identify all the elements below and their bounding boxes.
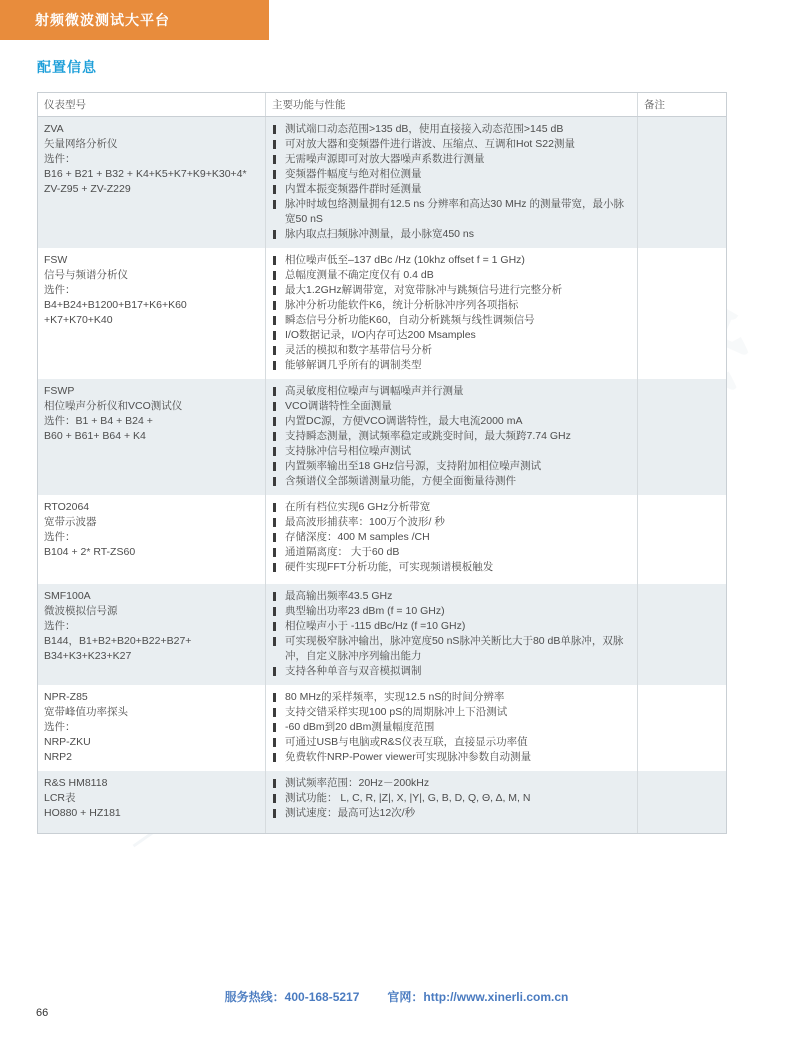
bullet-icon	[273, 185, 276, 194]
feature-item: VCO调谐特性全面测量	[272, 399, 631, 414]
feature-item: 存储深度：400 M samples /CH	[272, 530, 631, 545]
feature-text: 总幅度测量不确定度仅有 0.4 dB	[285, 269, 434, 281]
bullet-icon	[273, 563, 276, 572]
config-table: 仪表型号 主要功能与性能 备注 ZVA矢量网络分析仪选件：B16 + B21 +…	[37, 92, 727, 834]
feature-item: 内置DC源，方便VCO调谐特性，最大电流2000 mA	[272, 414, 631, 429]
feature-text: 存储深度：400 M samples /CH	[285, 531, 430, 543]
feature-text: 支持各种单音与双音模拟调制	[285, 665, 422, 677]
model-cell: NPR-Z85宽带峰值功率探头选件：NRP-ZKUNRP2	[38, 685, 266, 771]
model-line: 信号与频谱分析仪	[44, 268, 259, 283]
table-row: R&S HM8118LCR表HO880 + HZ181测试频率范围：20Hz－2…	[38, 771, 726, 833]
feature-text: 内置DC源，方便VCO调谐特性，最大电流2000 mA	[285, 415, 522, 427]
feature-item: 内置本振变频器件群时延测量	[272, 182, 631, 197]
page-banner: 射频微波测试大平台	[0, 0, 269, 40]
page-footer: 服务热线：400-168-5217官网：http://www.xinerli.c…	[0, 988, 793, 1005]
feature-text: 支持瞬态测量，测试频率稳定或跳变时间，最大频跨7.74 GHz	[285, 430, 571, 442]
table-row: SMF100A微波模拟信号源选件：B144，B1+B2+B20+B22+B27+…	[38, 584, 726, 685]
hotline-label: 服务热线：	[225, 990, 285, 1004]
model-line: 选件：	[44, 152, 259, 167]
bullet-icon	[273, 140, 276, 149]
remark-cell	[638, 685, 726, 771]
table-row: ZVA矢量网络分析仪选件：B16 + B21 + B32 + K4+K5+K7+…	[38, 117, 726, 248]
feature-item: 最高波形捕获率：100万个波形/ 秒	[272, 515, 631, 530]
bullet-icon	[273, 331, 276, 340]
feature-item: 灵活的模拟和数字基带信号分析	[272, 343, 631, 358]
bullet-icon	[273, 592, 276, 601]
feature-item: 含频谱仪全部频谱测量功能，方便全面衡量待测件	[272, 474, 631, 489]
model-cell: FSW信号与频谱分析仪选件：B4+B24+B1200+B17+K6+K60+K7…	[38, 248, 266, 379]
feature-item: 能够解调几乎所有的调制类型	[272, 358, 631, 373]
feature-text: 瞬态信号分析功能K60，自动分析跳频与线性调频信号	[285, 314, 535, 326]
feature-item: 相位噪声低至–137 dBc /Hz (10khz offset f = 1 G…	[272, 253, 631, 268]
table-row: NPR-Z85宽带峰值功率探头选件：NRP-ZKUNRP280 MHz的采样频率…	[38, 685, 726, 771]
model-line: ZVA	[44, 122, 259, 137]
model-line: FSWP	[44, 384, 259, 399]
feature-text: 支持交错采样实现100 pS的周期脉冲上下沿测试	[285, 706, 507, 718]
feature-item: 支持脉冲信号相位噪声测试	[272, 444, 631, 459]
model-line: 宽带示波器	[44, 515, 259, 530]
features-cell: 最高输出频率43.5 GHz典型输出功率23 dBm (f = 10 GHz)相…	[266, 584, 638, 685]
model-line: NPR-Z85	[44, 690, 259, 705]
banner-title: 射频微波测试大平台	[0, 10, 170, 30]
bullet-icon	[273, 286, 276, 295]
bullet-icon	[273, 503, 276, 512]
model-line: +K7+K70+K40	[44, 313, 259, 328]
feature-text: 可对放大器和变频器件进行谐波、压缩点、互调和Hot S22测量	[285, 138, 575, 150]
feature-item: 测试频率范围：20Hz－200kHz	[272, 776, 631, 791]
feature-item: 可实现极窄脉冲输出，脉冲宽度50 nS脉冲关断比大于80 dB单脉冲，双脉冲，自…	[272, 634, 631, 664]
bullet-icon	[273, 708, 276, 717]
feature-text: VCO调谐特性全面测量	[285, 400, 392, 412]
model-line: B144，B1+B2+B20+B22+B27+	[44, 634, 259, 649]
model-line: B16 + B21 + B32 + K4+K5+K7+K9+K30+4* ZV-…	[44, 167, 259, 197]
bullet-icon	[273, 346, 276, 355]
feature-text: 能够解调几乎所有的调制类型	[285, 359, 422, 371]
bullet-icon	[273, 462, 276, 471]
feature-text: 在所有档位实现6 GHz分析带宽	[285, 501, 430, 513]
feature-text: 内置本振变频器件群时延测量	[285, 183, 422, 195]
features-cell: 测试端口动态范围>135 dB，使用直接接入动态范围>145 dB可对放大器和变…	[266, 117, 638, 248]
feature-text: 最高输出频率43.5 GHz	[285, 590, 392, 602]
website-label: 官网：	[387, 990, 423, 1004]
bullet-icon	[273, 155, 276, 164]
bullet-icon	[273, 387, 276, 396]
model-line: HO880 + HZ181	[44, 806, 259, 821]
feature-item: 支持各种单音与双音模拟调制	[272, 664, 631, 679]
model-line: NRP-ZKU	[44, 735, 259, 750]
model-cell: FSWP相位噪声分析仪和VCO测试仪选件：B1 + B4 + B24 +B60 …	[38, 379, 266, 495]
bullet-icon	[273, 779, 276, 788]
model-line: 微波模拟信号源	[44, 604, 259, 619]
feature-text: 含频谱仪全部频谱测量功能，方便全面衡量待测件	[285, 475, 516, 487]
bullet-icon	[273, 200, 276, 209]
bullet-icon	[273, 667, 276, 676]
feature-item: 支持瞬态测量，测试频率稳定或跳变时间，最大频跨7.74 GHz	[272, 429, 631, 444]
feature-text: 可通过USB与电脑或R&S仪表互联，直接显示功率值	[285, 736, 528, 748]
feature-item: 变频器件幅度与绝对相位测量	[272, 167, 631, 182]
feature-item: 典型输出功率23 dBm (f = 10 GHz)	[272, 604, 631, 619]
model-line: R&S HM8118	[44, 776, 259, 791]
model-cell: ZVA矢量网络分析仪选件：B16 + B21 + B32 + K4+K5+K7+…	[38, 117, 266, 248]
model-line: 选件：B1 + B4 + B24 +	[44, 414, 259, 429]
feature-text: 可实现极窄脉冲输出，脉冲宽度50 nS脉冲关断比大于80 dB单脉冲，双脉冲，自…	[285, 635, 623, 662]
bullet-icon	[273, 533, 276, 542]
model-line: RTO2064	[44, 500, 259, 515]
bullet-icon	[273, 230, 276, 239]
model-line: 选件：	[44, 619, 259, 634]
section-title: 配置信息	[37, 57, 97, 77]
feature-item: 无需噪声源即可对放大器噪声系数进行测量	[272, 152, 631, 167]
bullet-icon	[273, 794, 276, 803]
feature-item: I/O数据记录，I/O内存可达200 Msamples	[272, 328, 631, 343]
feature-item: 80 MHz的采样频率，实现12.5 nS的时间分辨率	[272, 690, 631, 705]
bullet-icon	[273, 693, 276, 702]
table-header-row: 仪表型号 主要功能与性能 备注	[38, 93, 726, 117]
bullet-icon	[273, 125, 276, 134]
table-body: ZVA矢量网络分析仪选件：B16 + B21 + B32 + K4+K5+K7+…	[38, 117, 726, 833]
feature-text: -60 dBm到20 dBm测量幅度范围	[285, 721, 434, 733]
features-cell: 测试频率范围：20Hz－200kHz测试功能： L, C, R, |Z|, X,…	[266, 771, 638, 833]
features-cell: 80 MHz的采样频率，实现12.5 nS的时间分辨率支持交错采样实现100 p…	[266, 685, 638, 771]
feature-item: 通道隔离度： 大于60 dB	[272, 545, 631, 560]
feature-text: 脉内取点扫频脉冲测量，最小脉宽450 ns	[285, 228, 474, 240]
bullet-icon	[273, 361, 276, 370]
bullet-icon	[273, 723, 276, 732]
model-line: 相位噪声分析仪和VCO测试仪	[44, 399, 259, 414]
website-link[interactable]: http://www.xinerli.com.cn	[423, 990, 568, 1004]
remark-cell	[638, 495, 726, 584]
feature-text: 测试端口动态范围>135 dB，使用直接接入动态范围>145 dB	[285, 123, 563, 135]
bullet-icon	[273, 809, 276, 818]
page-number: 66	[36, 1007, 48, 1019]
bullet-icon	[273, 316, 276, 325]
model-line: B34+K3+K23+K27	[44, 649, 259, 664]
feature-text: 最大1.2GHz解调带宽，对宽带脉冲与跳频信号进行完整分析	[285, 284, 562, 296]
feature-text: 相位噪声低至–137 dBc /Hz (10khz offset f = 1 G…	[285, 254, 525, 266]
feature-text: 支持脉冲信号相位噪声测试	[285, 445, 411, 457]
bullet-icon	[273, 637, 276, 646]
feature-item: 测试端口动态范围>135 dB，使用直接接入动态范围>145 dB	[272, 122, 631, 137]
bullet-icon	[273, 753, 276, 762]
model-line: B4+B24+B1200+B17+K6+K60	[44, 298, 259, 313]
model-line: B104 + 2* RT-ZS60	[44, 545, 259, 560]
model-line: 选件：	[44, 720, 259, 735]
bullet-icon	[273, 518, 276, 527]
feature-item: 支持交错采样实现100 pS的周期脉冲上下沿测试	[272, 705, 631, 720]
feature-item: 脉冲时域包络测量拥有12.5 ns 分辨率和高达30 MHz 的测量带宽，最小脉…	[272, 197, 631, 227]
remark-cell	[638, 117, 726, 248]
feature-text: 无需噪声源即可对放大器噪声系数进行测量	[285, 153, 485, 165]
feature-text: 通道隔离度： 大于60 dB	[285, 546, 399, 558]
features-cell: 相位噪声低至–137 dBc /Hz (10khz offset f = 1 G…	[266, 248, 638, 379]
column-header-model: 仪表型号	[38, 93, 266, 116]
feature-text: 相位噪声小于 -115 dBc/Hz (f =10 GHz)	[285, 620, 465, 632]
feature-item: 高灵敏度相位噪声与调幅噪声并行测量	[272, 384, 631, 399]
feature-item: 总幅度测量不确定度仅有 0.4 dB	[272, 268, 631, 283]
bullet-icon	[273, 271, 276, 280]
column-header-remark: 备注	[638, 93, 726, 116]
bullet-icon	[273, 417, 276, 426]
feature-text: 最高波形捕获率：100万个波形/ 秒	[285, 516, 445, 528]
feature-text: 测试频率范围：20Hz－200kHz	[285, 777, 429, 789]
column-header-features: 主要功能与性能	[266, 93, 638, 116]
feature-item: 最大1.2GHz解调带宽，对宽带脉冲与跳频信号进行完整分析	[272, 283, 631, 298]
feature-item: 可对放大器和变频器件进行谐波、压缩点、互调和Hot S22测量	[272, 137, 631, 152]
feature-item: 免费软件NRP-Power viewer可实现脉冲参数自动测量	[272, 750, 631, 765]
feature-item: 测试速度：最高可达12次/秒	[272, 806, 631, 821]
features-cell: 高灵敏度相位噪声与调幅噪声并行测量VCO调谐特性全面测量内置DC源，方便VCO调…	[266, 379, 638, 495]
model-line: FSW	[44, 253, 259, 268]
feature-item: 硬件实现FFT分析功能，可实现频谱模板触发	[272, 560, 631, 575]
feature-item: 可通过USB与电脑或R&S仪表互联，直接显示功率值	[272, 735, 631, 750]
feature-text: 测试功能： L, C, R, |Z|, X, |Y|, G, B, D, Q, …	[285, 792, 530, 804]
bullet-icon	[273, 402, 276, 411]
feature-text: 免费软件NRP-Power viewer可实现脉冲参数自动测量	[285, 751, 531, 763]
feature-item: 相位噪声小于 -115 dBc/Hz (f =10 GHz)	[272, 619, 631, 634]
features-cell: 在所有档位实现6 GHz分析带宽最高波形捕获率：100万个波形/ 秒存储深度：4…	[266, 495, 638, 584]
feature-item: 在所有档位实现6 GHz分析带宽	[272, 500, 631, 515]
feature-text: 硬件实现FFT分析功能，可实现频谱模板触发	[285, 561, 493, 573]
feature-text: 内置频率输出至18 GHz信号源，支持附加相位噪声测试	[285, 460, 541, 472]
remark-cell	[638, 771, 726, 833]
model-cell: R&S HM8118LCR表HO880 + HZ181	[38, 771, 266, 833]
bullet-icon	[273, 622, 276, 631]
model-line: 矢量网络分析仪	[44, 137, 259, 152]
model-line: 选件：	[44, 283, 259, 298]
feature-text: 测试速度：最高可达12次/秒	[285, 807, 415, 819]
model-line: 选件：	[44, 530, 259, 545]
bullet-icon	[273, 256, 276, 265]
bullet-icon	[273, 170, 276, 179]
bullet-icon	[273, 607, 276, 616]
table-row: RTO2064宽带示波器选件：B104 + 2* RT-ZS60在所有档位实现6…	[38, 495, 726, 584]
feature-text: I/O数据记录，I/O内存可达200 Msamples	[285, 329, 476, 341]
feature-text: 典型输出功率23 dBm (f = 10 GHz)	[285, 605, 445, 617]
hotline-number: 400-168-5217	[285, 990, 360, 1004]
remark-cell	[638, 248, 726, 379]
bullet-icon	[273, 738, 276, 747]
bullet-icon	[273, 548, 276, 557]
bullet-icon	[273, 432, 276, 441]
bullet-icon	[273, 447, 276, 456]
feature-item: 最高输出频率43.5 GHz	[272, 589, 631, 604]
feature-text: 脉冲分析功能软件K6，统计分析脉冲序列各项指标	[285, 299, 518, 311]
model-line: LCR表	[44, 791, 259, 806]
table-row: FSWP相位噪声分析仪和VCO测试仪选件：B1 + B4 + B24 +B60 …	[38, 379, 726, 495]
feature-item: 内置频率输出至18 GHz信号源，支持附加相位噪声测试	[272, 459, 631, 474]
model-line: B60 + B61+ B64 + K4	[44, 429, 259, 444]
feature-text: 脉冲时域包络测量拥有12.5 ns 分辨率和高达30 MHz 的测量带宽，最小脉…	[285, 198, 624, 225]
bullet-icon	[273, 477, 276, 486]
table-row: FSW信号与频谱分析仪选件：B4+B24+B1200+B17+K6+K60+K7…	[38, 248, 726, 379]
feature-text: 80 MHz的采样频率，实现12.5 nS的时间分辨率	[285, 691, 504, 703]
remark-cell	[638, 379, 726, 495]
feature-text: 灵活的模拟和数字基带信号分析	[285, 344, 432, 356]
feature-text: 变频器件幅度与绝对相位测量	[285, 168, 422, 180]
feature-item: 脉内取点扫频脉冲测量，最小脉宽450 ns	[272, 227, 631, 242]
remark-cell	[638, 584, 726, 685]
model-line: NRP2	[44, 750, 259, 765]
feature-item: 瞬态信号分析功能K60，自动分析跳频与线性调频信号	[272, 313, 631, 328]
feature-item: -60 dBm到20 dBm测量幅度范围	[272, 720, 631, 735]
model-cell: SMF100A微波模拟信号源选件：B144，B1+B2+B20+B22+B27+…	[38, 584, 266, 685]
model-line: 宽带峰值功率探头	[44, 705, 259, 720]
feature-text: 高灵敏度相位噪声与调幅噪声并行测量	[285, 385, 464, 397]
model-cell: RTO2064宽带示波器选件：B104 + 2* RT-ZS60	[38, 495, 266, 584]
feature-item: 脉冲分析功能软件K6，统计分析脉冲序列各项指标	[272, 298, 631, 313]
feature-item: 测试功能： L, C, R, |Z|, X, |Y|, G, B, D, Q, …	[272, 791, 631, 806]
model-line: SMF100A	[44, 589, 259, 604]
bullet-icon	[273, 301, 276, 310]
